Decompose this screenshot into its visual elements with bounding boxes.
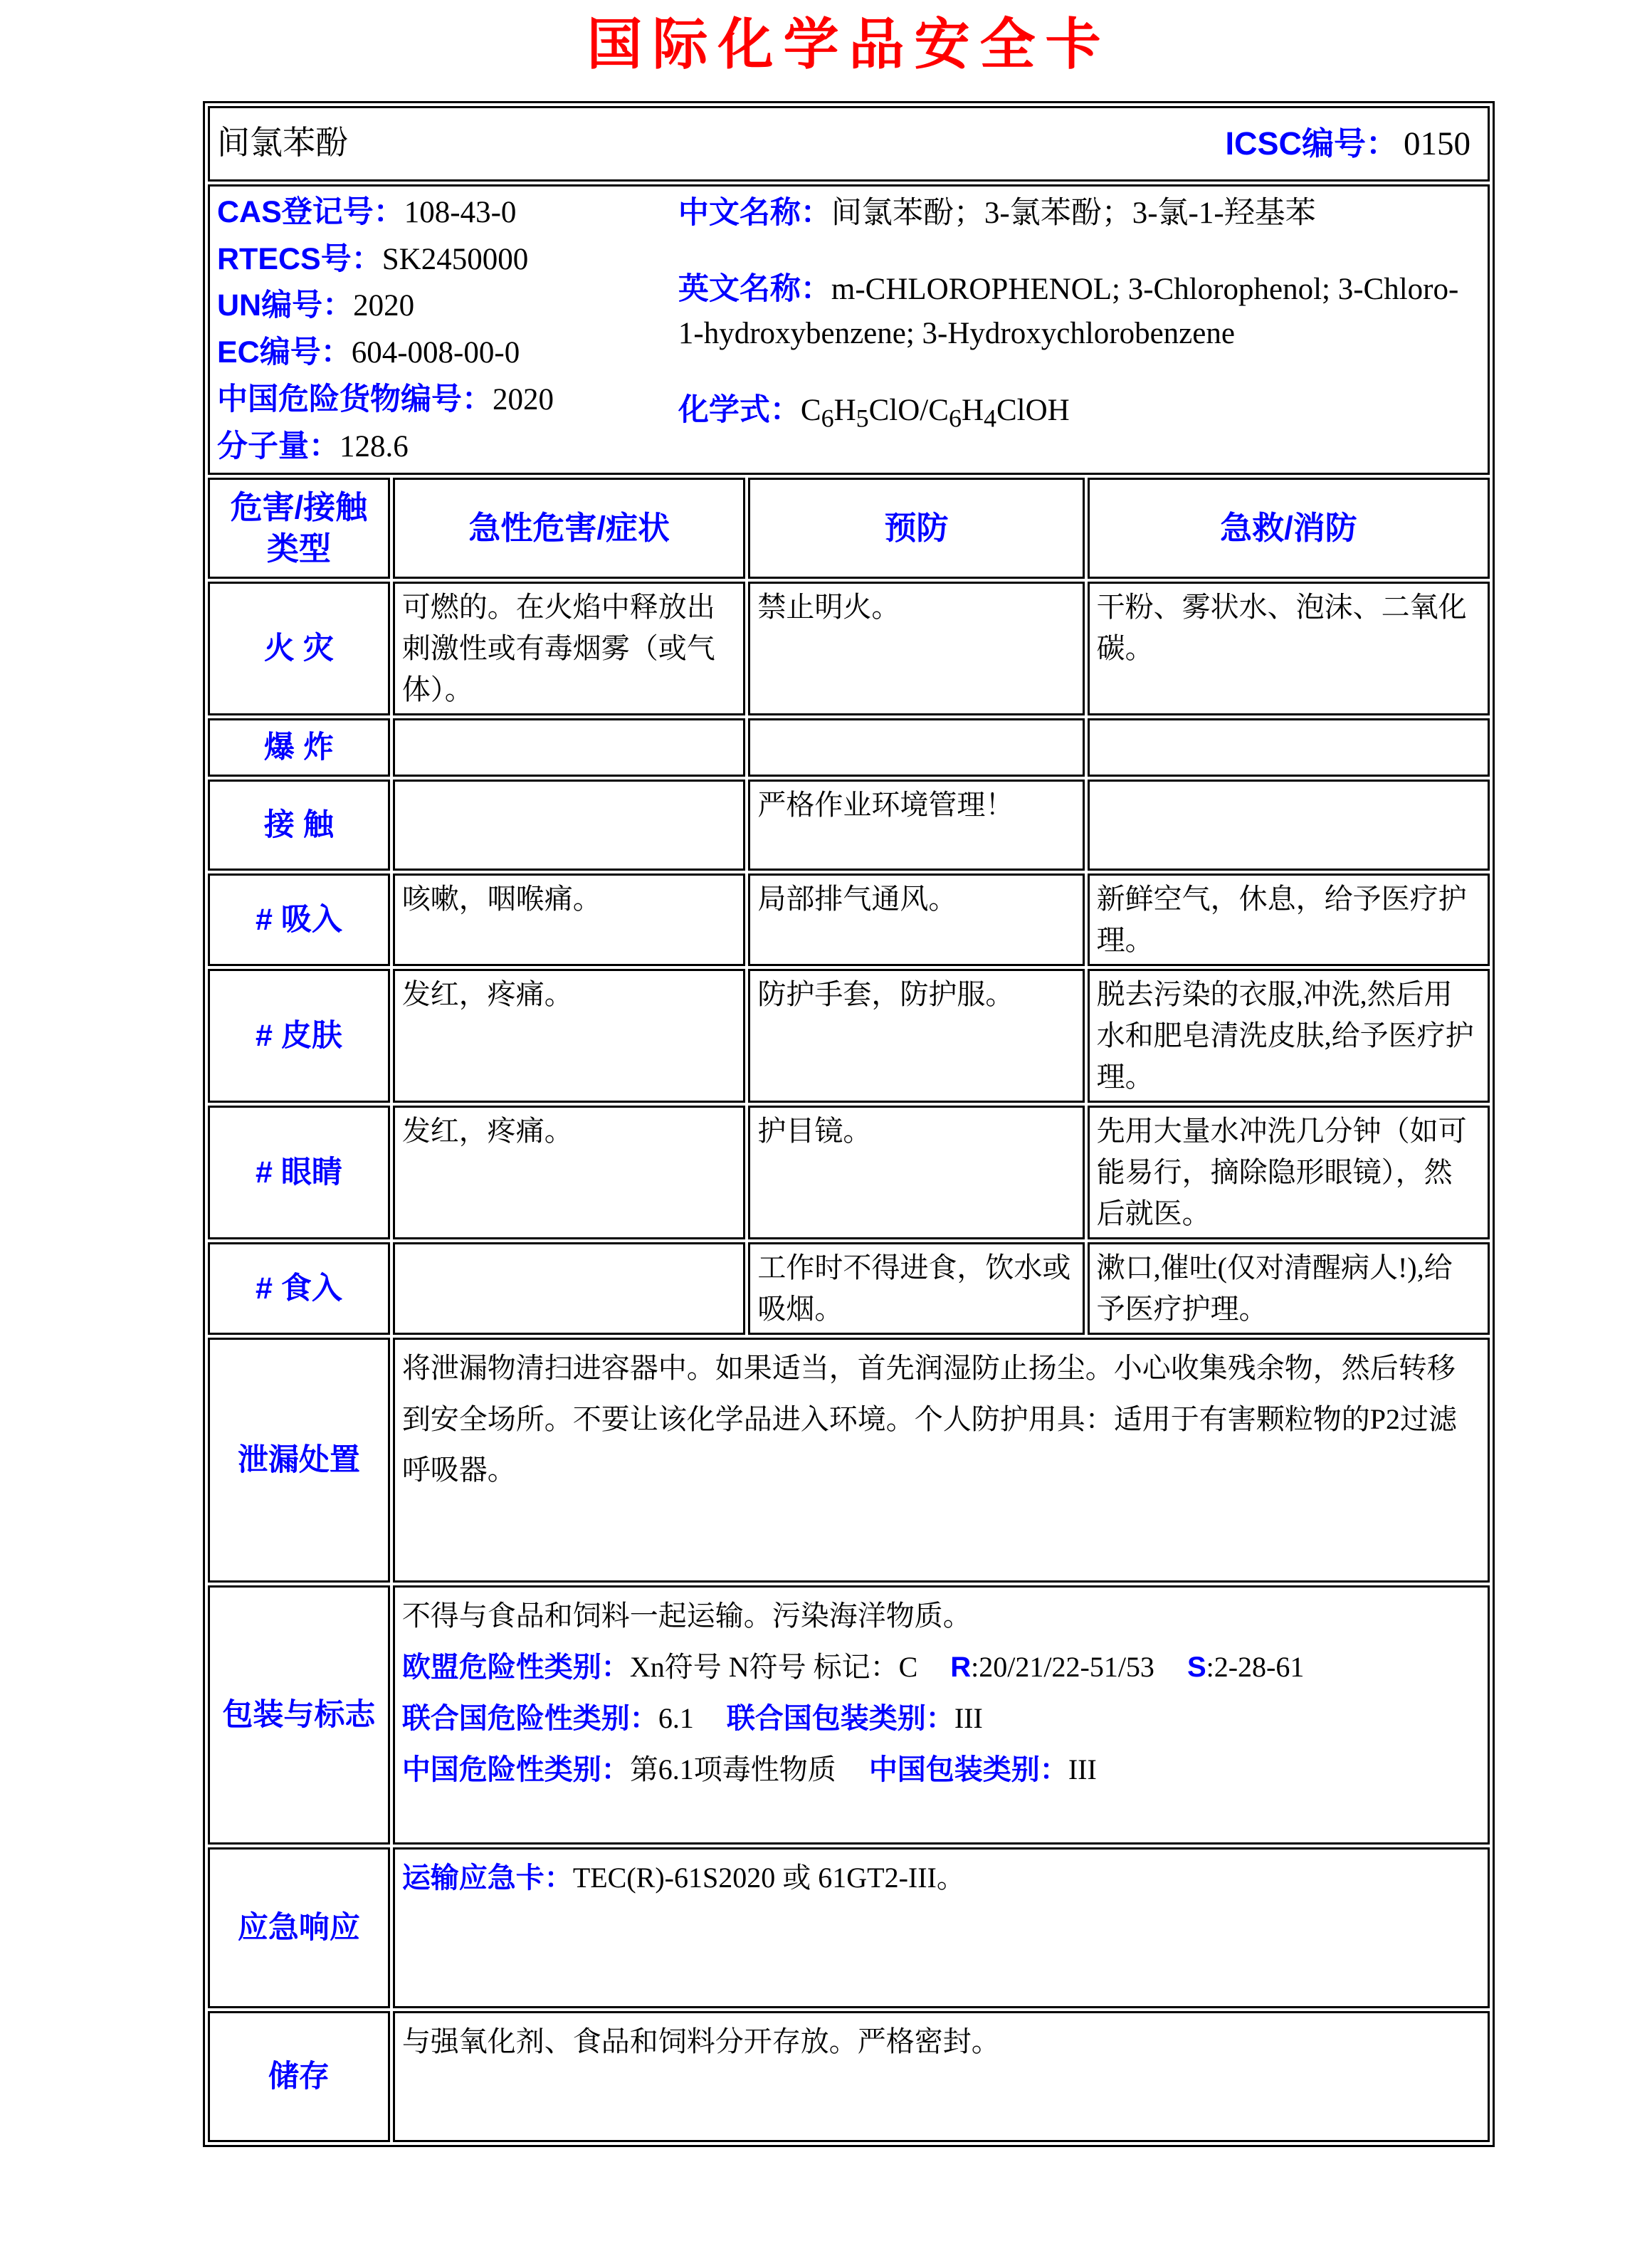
skin-firstaid-cell: 脱去污染的衣服,冲洗,然后用水和肥皂清洗皮肤,给予医疗护理。 — [1088, 969, 1490, 1103]
row-explosion: 爆 炸 — [208, 718, 1490, 777]
row-label-eyes: # 眼睛 — [208, 1106, 390, 1239]
hazard-header-row: 危害/接触类型 急性危害/症状 预防 急救/消防 — [208, 478, 1490, 579]
ingestion-symptoms-cell — [393, 1242, 746, 1335]
chemical-formula: 化学式：C6H5ClO/C6H4ClOH — [678, 388, 1480, 433]
col-header-hazard-type: 危害/接触类型 — [208, 478, 390, 579]
explosion-firstaid-cell — [1088, 718, 1490, 777]
packaging-eu-class: 欧盟危险性类别：Xn符号 N符号 标记：CR:20/21/22-51/53S:2… — [402, 1642, 1480, 1693]
identifiers-cell: CAS登记号：108-43-0 RTECS号：SK2450000 UN编号：20… — [208, 184, 1490, 476]
row-label-storage: 储存 — [208, 2011, 390, 2142]
contact-firstaid-cell — [1088, 780, 1490, 871]
row-skin: # 皮肤 发红，疼痛。 防护手套，防护服。 脱去污染的衣服,冲洗,然后用水和肥皂… — [208, 969, 1490, 1103]
china-dg-number: 中国危险货物编号：2020 — [217, 377, 678, 424]
row-label-fire: 火 灾 — [208, 582, 390, 715]
contact-prevention-cell: 严格作业环境管理！ — [748, 780, 1084, 871]
eyes-symptoms-cell: 发红，疼痛。 — [393, 1106, 746, 1239]
packaging-cn-class: 中国危险性类别：第6.1项毒性物质中国包装类别：III — [402, 1744, 1480, 1795]
registry-numbers: CAS登记号：108-43-0 RTECS号：SK2450000 UN编号：20… — [217, 189, 678, 471]
row-label-emergency: 应急响应 — [208, 1847, 390, 2008]
icsc-number-value: 0150 — [1398, 125, 1471, 162]
packaging-text-cell: 不得与食品和饲料一起运输。污染海洋物质。 欧盟危险性类别：Xn符号 N符号 标记… — [393, 1585, 1490, 1845]
formula-value: C6H5ClO/C6H4ClOH — [801, 394, 1070, 427]
packaging-un-class: 联合国危险性类别：6.1联合国包装类别：III — [402, 1693, 1480, 1744]
fire-symptoms-cell: 可燃的。在火焰中释放出刺激性或有毒烟雾（或气体）。 — [393, 582, 746, 715]
row-label-spillage: 泄漏处置 — [208, 1338, 390, 1583]
eyes-prevention-cell: 护目镜。 — [748, 1106, 1084, 1239]
icsc-number-label: ICSC编号： — [1225, 125, 1398, 162]
names-and-formula: 中文名称：间氯苯酚；3-氯苯酚；3-氯-1-羟基苯 英文名称：m-CHLOROP… — [678, 189, 1480, 471]
row-label-explosion: 爆 炸 — [208, 718, 390, 777]
ingestion-firstaid-cell: 漱口,催吐(仅对清醒病人!),给予医疗护理。 — [1088, 1242, 1490, 1335]
molecular-weight: 分子量：128.6 — [217, 424, 678, 471]
row-spillage: 泄漏处置 将泄漏物清扫进容器中。如果适当，首先润湿防止扬尘。小心收集残余物，然后… — [208, 1338, 1490, 1583]
skin-symptoms-cell: 发红，疼痛。 — [393, 969, 746, 1103]
skin-prevention-cell: 防护手套，防护服。 — [748, 969, 1084, 1103]
tec-card-label: 运输应急卡： — [402, 1862, 573, 1894]
cas-number: CAS登记号：108-43-0 — [217, 189, 678, 236]
col-header-symptoms: 急性危害/症状 — [393, 478, 746, 579]
tec-card-value: TEC(R)-61S2020 或 61GT2-III。 — [573, 1862, 965, 1894]
page-title: 国际化学品安全卡 — [203, 14, 1495, 75]
row-label-contact: 接 触 — [208, 780, 390, 871]
eyes-firstaid-cell: 先用大量水冲洗几分钟（如可能易行，摘除隐形眼镜），然后就医。 — [1088, 1106, 1490, 1239]
row-label-packaging: 包装与标志 — [208, 1585, 390, 1845]
row-emergency: 应急响应 运输应急卡：TEC(R)-61S2020 或 61GT2-III。 — [208, 1847, 1490, 2008]
inhalation-prevention-cell: 局部排气通风。 — [748, 873, 1084, 966]
fire-firstaid-cell: 干粉、雾状水、泡沫、二氧化碳。 — [1088, 582, 1490, 715]
spillage-text-cell: 将泄漏物清扫进容器中。如果适当，首先润湿防止扬尘。小心收集残余物，然后转移到安全… — [393, 1338, 1490, 1583]
inhalation-firstaid-cell: 新鲜空气，休息，给予医疗护理。 — [1088, 873, 1490, 966]
row-eyes: # 眼睛 发红，疼痛。 护目镜。 先用大量水冲洗几分钟（如可能易行，摘除隐形眼镜… — [208, 1106, 1490, 1239]
row-label-skin: # 皮肤 — [208, 969, 390, 1103]
row-contact: 接 触 严格作业环境管理！ — [208, 780, 1490, 871]
col-header-firstaid: 急救/消防 — [1088, 478, 1490, 579]
col-header-prevention: 预防 — [748, 478, 1084, 579]
chemical-name: 间氯苯酚 — [217, 120, 348, 167]
icsc-number: ICSC编号：0150 — [1225, 120, 1480, 168]
emergency-text-cell: 运输应急卡：TEC(R)-61S2020 或 61GT2-III。 — [393, 1847, 1490, 2008]
icsc-card-table: 间氯苯酚 ICSC编号：0150 CAS登记号：108-43-0 RTECS号：… — [203, 101, 1495, 2148]
rtecs-number: RTECS号：SK2450000 — [217, 236, 678, 283]
row-fire: 火 灾 可燃的。在火焰中释放出刺激性或有毒烟雾（或气体）。 禁止明火。 干粉、雾… — [208, 582, 1490, 715]
explosion-symptoms-cell — [393, 718, 746, 777]
chinese-names: 中文名称：间氯苯酚；3-氯苯酚；3-氯-1-羟基苯 — [678, 191, 1480, 236]
row-label-inhalation: # 吸入 — [208, 873, 390, 966]
row-inhalation: # 吸入 咳嗽，咽喉痛。 局部排气通风。 新鲜空气，休息，给予医疗护理。 — [208, 873, 1490, 966]
explosion-prevention-cell — [748, 718, 1084, 777]
row-storage: 储存 与强氧化剂、食品和饲料分开存放。严格密封。 — [208, 2011, 1490, 2142]
fire-prevention-cell: 禁止明火。 — [748, 582, 1084, 715]
packaging-transport-note: 不得与食品和饲料一起运输。污染海洋物质。 — [402, 1590, 1480, 1641]
row-packaging: 包装与标志 不得与食品和饲料一起运输。污染海洋物质。 欧盟危险性类别：Xn符号 … — [208, 1585, 1490, 1845]
contact-symptoms-cell — [393, 780, 746, 871]
row-label-ingestion: # 食入 — [208, 1242, 390, 1335]
english-names: 英文名称：m-CHLOROPHENOL; 3-Chlorophenol; 3-C… — [678, 267, 1480, 357]
ec-number: EC编号：604-008-00-0 — [217, 330, 678, 377]
identifiers-row: CAS登记号：108-43-0 RTECS号：SK2450000 UN编号：20… — [208, 184, 1490, 476]
name-cell: 间氯苯酚 ICSC编号：0150 — [208, 106, 1490, 182]
row-ingestion: # 食入 工作时不得进食，饮水或吸烟。 漱口,催吐(仅对清醒病人!),给予医疗护… — [208, 1242, 1490, 1335]
name-row: 间氯苯酚 ICSC编号：0150 — [208, 106, 1490, 182]
ingestion-prevention-cell: 工作时不得进食，饮水或吸烟。 — [748, 1242, 1084, 1335]
inhalation-symptoms-cell: 咳嗽，咽喉痛。 — [393, 873, 746, 966]
un-number: UN编号：2020 — [217, 283, 678, 330]
storage-text-cell: 与强氧化剂、食品和饲料分开存放。严格密封。 — [393, 2011, 1490, 2142]
